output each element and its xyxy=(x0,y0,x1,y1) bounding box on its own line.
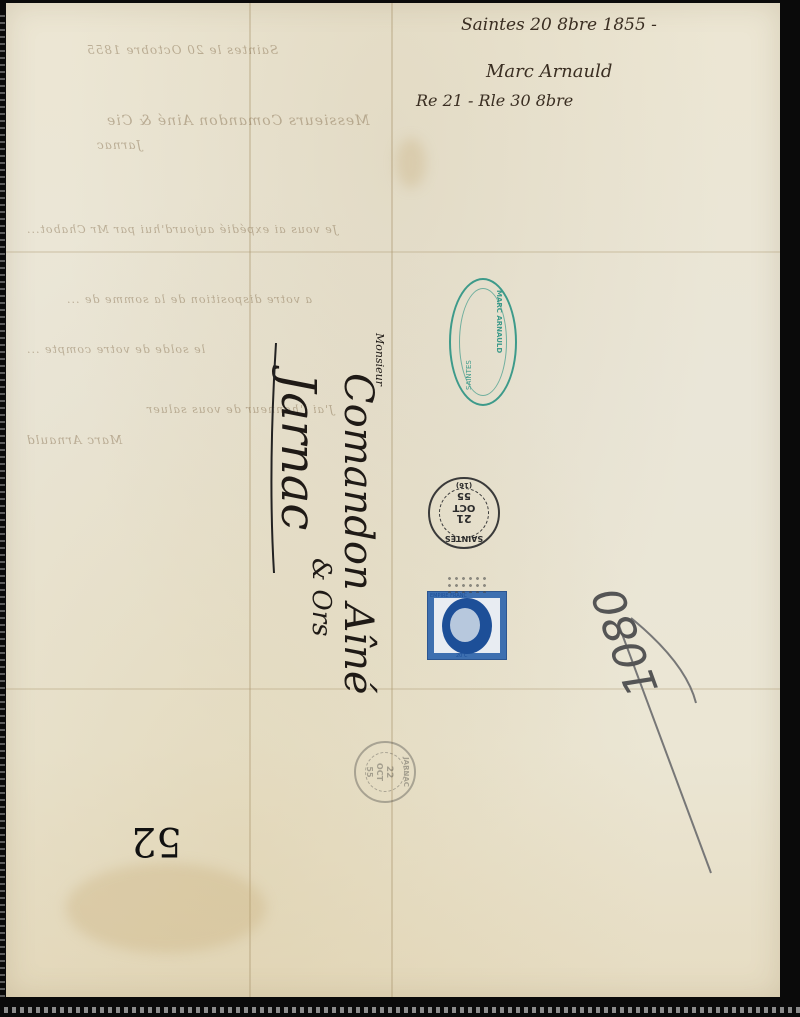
sender-cachet: MARC ARNAULD SAINTES xyxy=(449,278,517,406)
lozenge-cancel xyxy=(446,575,486,593)
postage-stamp: EMPIRE FRANC 20 C xyxy=(427,591,507,660)
letter-sheet: Saintes le 20 Octobre 1855 Messieurs Com… xyxy=(6,3,780,997)
film-perforation-left xyxy=(0,10,5,1000)
jarnac-arrival-postmark: JARNAC 22 OCT 55 xyxy=(354,741,416,803)
film-perforation-bottom xyxy=(0,1007,800,1013)
saintes-postmark: SAINTES 21 OCT 55 (16) xyxy=(428,477,500,549)
pencil-number-small: 52 xyxy=(131,818,182,864)
ink-strokes xyxy=(6,3,780,997)
